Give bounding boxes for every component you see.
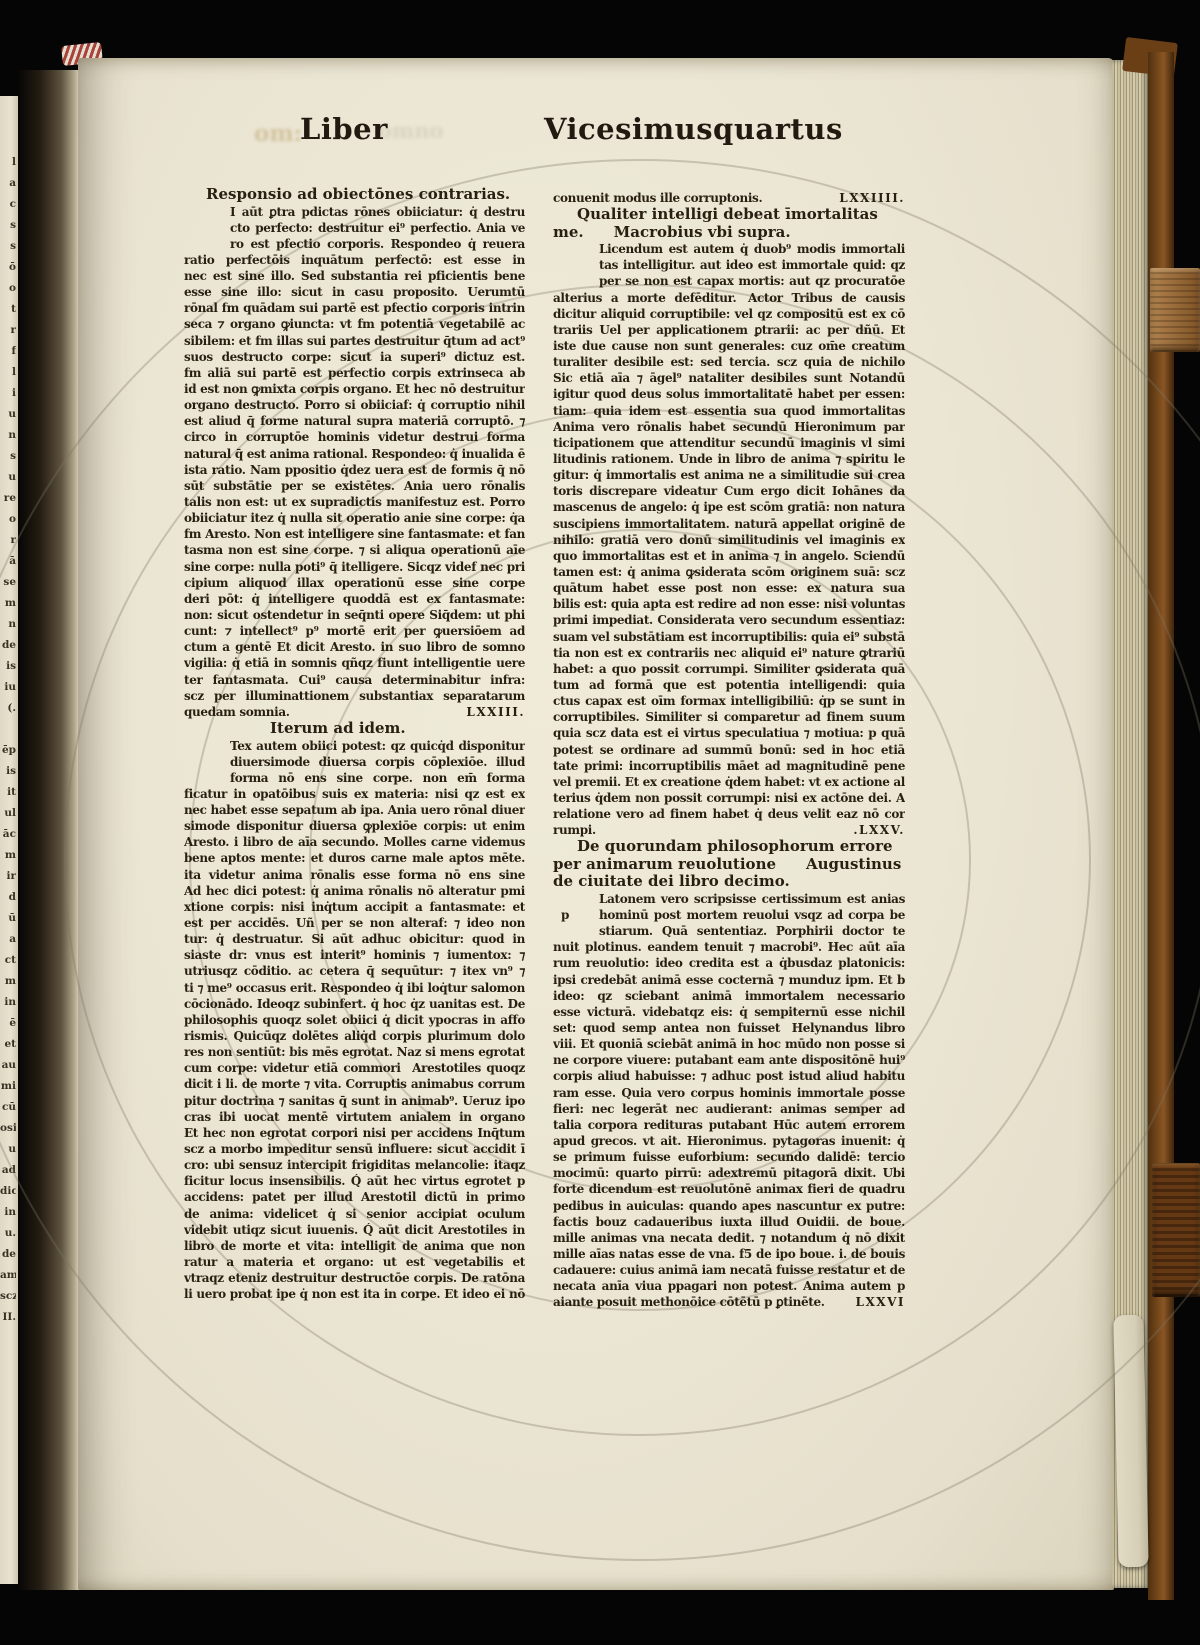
column-heading: me. Macrobius vbi supra. xyxy=(553,224,905,242)
text-line: dicit i li. de morte ⁊ vita. Corruptis a… xyxy=(184,1076,525,1092)
cut-letter: m xyxy=(0,593,16,614)
text-line: I aūt ꝑtra pdictas rōnes obiiciatur: q̇ … xyxy=(184,204,525,220)
text-line: seca ⁊ organo ꝙiuncta: vt fm potentiā ve… xyxy=(184,316,525,332)
text-line: ficatur in opatōibus suis ex materia: ni… xyxy=(184,786,525,802)
cut-letter: ir xyxy=(0,866,16,887)
cut-letter: m xyxy=(0,971,16,992)
show-through-text: om: xyxy=(254,120,302,147)
text-line: quedam somnia.LXXIII. xyxy=(184,704,525,720)
cut-letter: o xyxy=(0,278,16,299)
text-line: ratur a materia et organo: ut est vegeta… xyxy=(184,1254,525,1270)
text-line: Et hec non egrotat corpori nisi per acci… xyxy=(184,1125,525,1141)
text-line: sine corpe: nulla poti⁹ q̄ itelligere. S… xyxy=(184,559,525,575)
text-line: cum corpe: videtur etiā commori Arestoti… xyxy=(184,1060,525,1076)
header-left: Liber xyxy=(300,112,388,146)
text-line: id est non ꝙmixta corpis organo. Et hec … xyxy=(184,381,525,397)
facing-page-letters: lacssōotrfliunsureorāsemndeisiu(.ēpisitu… xyxy=(0,152,16,1328)
cut-letter: m xyxy=(0,845,16,866)
cut-letter: ad xyxy=(0,1160,16,1181)
text-line: tia non est ex contrariis nec aliquid ei… xyxy=(553,645,905,661)
column-heading: Qualiter intelligi debeat īmortalitas an… xyxy=(553,206,905,224)
text-line: est aliud q̄ forme natural supra materiā… xyxy=(184,413,525,429)
cut-letter: ct xyxy=(0,950,16,971)
text-line: necata anīa viua ppagari non potest. Ani… xyxy=(553,1278,905,1294)
cut-letter: r xyxy=(0,530,16,551)
chapter-number: LXXIIII. xyxy=(831,190,905,206)
text-line: nuit plotinus. eandem tenuit ⁊ macrobi⁹.… xyxy=(553,939,905,955)
cut-letter: ēp xyxy=(0,740,16,761)
text-line: alterius a morte defēditur. Actor Tribus… xyxy=(553,290,905,306)
text-line: suscipiens immortalitatem. naturā appell… xyxy=(553,516,905,532)
text-line: potest se ordinare ad summū bonū: sed in… xyxy=(553,742,905,758)
text-line: mocimū: quarto pirrū: adextremū pitagorā… xyxy=(553,1165,905,1181)
cut-letter: is xyxy=(0,761,16,782)
text-line: cōcionādo. Ideoqz subinfert. q̇ hoc q̇z … xyxy=(184,996,525,1012)
cut-letter: t xyxy=(0,299,16,320)
text-line: ita videtur anima rōnalis esse forma nō … xyxy=(184,867,525,883)
cut-letter: āc xyxy=(0,824,16,845)
text-line: tamen est: q̇ anima ꝙsiderata scōm origi… xyxy=(553,564,905,580)
text-line: sibilem: et fm illas sui partes destruit… xyxy=(184,333,525,349)
text-line: nec est sine illo. Sed substantia rei pf… xyxy=(184,268,525,284)
text-line: apud grecos. vt ait. Hieronimus. pytagor… xyxy=(553,1133,905,1149)
column-heading: de ciuitate dei libro decimo. xyxy=(553,873,905,891)
cut-letter: s xyxy=(0,446,16,467)
cut-letter: scz xyxy=(0,1286,16,1307)
cut-letter: cū xyxy=(0,1097,16,1118)
text-line: conuenit modus ille corruptonis.LXXIIII. xyxy=(553,190,905,206)
text-line: cto perfecto: destruitur ei⁹ perfectio. … xyxy=(184,220,525,236)
text-line: mille aīas natas esse de vna. f5 de ipo … xyxy=(553,1246,905,1262)
text-line: factis bouz cadaueribus iuxta illud Ouid… xyxy=(553,1214,905,1230)
header-right: Vicesimusquartus xyxy=(544,112,843,146)
text-line: bilis est: quia apta est redire ad non e… xyxy=(553,596,905,612)
cut-letter: n xyxy=(0,614,16,635)
text-line: res non sentiūt: bis mēs egrotat. Naz si… xyxy=(184,1044,525,1060)
cut-letter: de xyxy=(0,635,16,656)
text-line: ctum a gentē Et dicit Aresto. in suo lib… xyxy=(184,639,525,655)
text-line: set: quod semp antea non fuisset Helynan… xyxy=(553,1020,905,1036)
text-line: utriusqz cōditio. ac cetera q̄ sequūtur:… xyxy=(184,963,525,979)
cut-letter: d xyxy=(0,887,16,908)
text-line: ficitur locus insensibilis. Q́ aūt hec v… xyxy=(184,1173,525,1189)
text-line: dicitur aliquid corruptibile: vel qz com… xyxy=(553,306,905,322)
cut-letter: dic xyxy=(0,1181,16,1202)
text-line: vel premii. Et ex creatione q̇dem habet:… xyxy=(553,774,905,790)
cut-letter: se xyxy=(0,572,16,593)
cut-letter: am xyxy=(0,1265,16,1286)
cut-letter: de xyxy=(0,1244,16,1265)
text-line: simode disponitur diuersa ꝙplexiōe corpi… xyxy=(184,818,525,834)
text-line: stiarum. Quā sententiaz. Porphirii docto… xyxy=(553,923,905,939)
cut-letter: a xyxy=(0,929,16,950)
text-line: cadauere: cuius animā iam necatā fuisse … xyxy=(553,1262,905,1278)
text-line: rismis. Quicūqz dolētes aliq̇d corpis pl… xyxy=(184,1028,525,1044)
text-line: pedibus in auiculas: quando apes nascunt… xyxy=(553,1198,905,1214)
text-line: Latonem vero scripsisse certissimum est … xyxy=(553,891,905,907)
cut-letter: u xyxy=(0,1139,16,1160)
text-line: esse victurā. videbatqz eis: q̇ sempiter… xyxy=(553,1004,905,1020)
text-line: quo immortalitas est et in anima ⁊ in an… xyxy=(553,548,905,564)
text-line: nihilo: gratiā vero donū similitudinis v… xyxy=(553,532,905,548)
text-line: vigilia: q̇ etiā in somnis qñqz fiunt in… xyxy=(184,655,525,671)
text-line: Aresto. i libro de aīa secundo. Molles c… xyxy=(184,834,525,850)
text-line: tas intelligitur. aut ideo est immortale… xyxy=(553,257,905,273)
text-line: relatione vero ad finem habet q̇ deus ve… xyxy=(553,806,905,822)
text-line: circo in corruptōe hominis videtur destr… xyxy=(184,429,525,445)
text-line: xtione corpis: nisi inq̇tum accipit a fa… xyxy=(184,899,525,915)
text-line: cunt: ⁊ intellect⁹ p⁹ mortē erit per ꝙue… xyxy=(184,623,525,639)
cut-letter: in xyxy=(0,992,16,1013)
text-column-left: Responsio ad obiectōnes contrarias.I aūt… xyxy=(184,186,525,1302)
cut-letter: c xyxy=(0,194,16,215)
book-photograph: lacssōotrfliunsureorāsemndeisiu(.ēpisitu… xyxy=(0,0,1200,1645)
text-line: organo destructo. Porro si obiiciaf: q̇ … xyxy=(184,397,525,413)
text-line: ista ratio. Nam ppositio q̇dez uera est … xyxy=(184,462,525,478)
cut-letter: l xyxy=(0,152,16,173)
cut-letter: o xyxy=(0,509,16,530)
text-line: scz a morbo impeditur sensū influere: si… xyxy=(184,1141,525,1157)
text-line: suos destructo corpe: sicut ia superi⁹ d… xyxy=(184,349,525,365)
text-line: iste due cause non sunt generales: cuz o… xyxy=(553,338,905,354)
text-line: terius q̇dem non possit corrumpi: nisi e… xyxy=(553,790,905,806)
cut-letter: ul xyxy=(0,803,16,824)
text-line: suam vel substātiam est incorruptibilis:… xyxy=(553,629,905,645)
text-line: cro: ubi sensuz intercipit frigiditas me… xyxy=(184,1157,525,1173)
text-line: Tex autem obiici potest: qz quicq̇d disp… xyxy=(184,738,525,754)
text-line: ideo: qz sciebant animā immortalem neces… xyxy=(553,988,905,1004)
text-line: gitur: q̇ immortalis est anima ne a simi… xyxy=(553,467,905,483)
text-line: mille animas vna necata dedit. ⁊ notandu… xyxy=(553,1230,905,1246)
text-line: fm aliā sui partē est perfectio corpis e… xyxy=(184,365,525,381)
cut-letter: f xyxy=(0,341,16,362)
cut-letter: it xyxy=(0,782,16,803)
text-line: ratio perfectōis inquātum perfectō: est … xyxy=(184,252,525,268)
text-line: pitur doctrina ⁊ sanitas q̄ sunt in anim… xyxy=(184,1093,525,1109)
text-line: Sic etiā aīa ⁊ āgel⁹ nataliter desibiles… xyxy=(553,370,905,386)
text-line: vtraqz eteniz destruitur destructōe corp… xyxy=(184,1270,525,1286)
text-line: ram esse. Quia vero corpus hominis immor… xyxy=(553,1085,905,1101)
cut-letter xyxy=(0,719,16,740)
cut-letter: i xyxy=(0,383,16,404)
running-header: om: omno Liber Vicesimusquartus xyxy=(78,112,1114,152)
chapter-number: .LXXV. xyxy=(845,822,905,838)
text-line: habet: a quo possit corrumpi. Similiter … xyxy=(553,661,905,677)
cut-letter: II. xyxy=(0,1307,16,1328)
chapter-number: LXXVI xyxy=(848,1294,905,1310)
text-line: bene aptos mente: et duros carne male ap… xyxy=(184,850,525,866)
text-line: libro de morte et vita: intelligit de an… xyxy=(184,1238,525,1254)
text-column-right: conuenit modus ille corruptonis.LXXIIII.… xyxy=(553,190,905,1311)
text-line: scz per illuminattionem substantiax sepa… xyxy=(184,688,525,704)
bookmark-tab xyxy=(1113,1315,1148,1568)
text-line: obiiciatur itez q̇ nulla sit operatio an… xyxy=(184,510,525,526)
text-line: hominū post mortem reuolui vsqz ad corpa… xyxy=(553,907,905,923)
cut-letter: r xyxy=(0,320,16,341)
text-line: primi impediat. Considerata vero secundu… xyxy=(553,612,905,628)
text-line: igitur quod deus solus immortalitatē hab… xyxy=(553,386,905,402)
cut-letter: ō xyxy=(0,257,16,278)
text-line: deri pōt: q̇ intelligere quoddā est ex f… xyxy=(184,591,525,607)
text-line: Anima vero rōnalis habet secundū Hieroni… xyxy=(553,419,905,435)
text-line: ticipationem que attenditur secundū imag… xyxy=(553,435,905,451)
text-line: talis non est: ut ex supradictis manifes… xyxy=(184,494,525,510)
cut-letter: re xyxy=(0,488,16,509)
text-line: Licendum est autem q̇ duob⁹ modis immort… xyxy=(553,241,905,257)
leather-strap-top xyxy=(1150,268,1200,352)
cut-letter: et xyxy=(0,1034,16,1055)
column-heading: Iterum ad idem. xyxy=(184,720,525,738)
text-line: est per accidēs. Uñ per se non alteraf: … xyxy=(184,915,525,931)
cut-letter: ē xyxy=(0,1013,16,1034)
text-line: philosophis quoqz solet obiici q̇ dicit … xyxy=(184,1012,525,1028)
marginal-guide-letter: p xyxy=(561,907,569,923)
text-line: corruptibiles. Similiter si comparetur a… xyxy=(553,709,905,725)
cut-letter: s xyxy=(0,236,16,257)
text-line: ipsi credebāt animā esse cocternā ⁊ mund… xyxy=(553,972,905,988)
text-line: ctus capax est oīm formax intelligibiliū… xyxy=(553,693,905,709)
cut-letter: au xyxy=(0,1055,16,1076)
text-line: accidens: patet per illud Arestotil dict… xyxy=(184,1189,525,1205)
text-line: natural q̄ est anima rational. Respondeo… xyxy=(184,446,525,462)
gutter-shadow xyxy=(18,70,80,1590)
text-line: non: sicut ostendetur in seq̄nti opere S… xyxy=(184,607,525,623)
text-line: fieri: nec legerāt nec audierant: animas… xyxy=(553,1101,905,1117)
leather-strap-bottom xyxy=(1152,1163,1200,1297)
text-line: quia scz data est ei virtus speculatiua … xyxy=(553,725,905,741)
cut-letter: ā xyxy=(0,551,16,572)
text-line: Ad hec dici potest: q̇ anima rōnalis nō … xyxy=(184,883,525,899)
cut-letter: u xyxy=(0,467,16,488)
text-line: fm Aresto. Non est intelligere sine fant… xyxy=(184,526,525,542)
column-heading: De quorundam philosophorum errore su xyxy=(553,838,905,856)
cut-letter: in xyxy=(0,1202,16,1223)
column-heading: Responsio ad obiectōnes contrarias. xyxy=(184,186,525,204)
text-line: esse sine illo: sicut in casu proposito.… xyxy=(184,284,525,300)
cut-letter: is xyxy=(0,656,16,677)
cut-letter: n xyxy=(0,425,16,446)
cut-letter: (. xyxy=(0,698,16,719)
cut-letter: s xyxy=(0,215,16,236)
text-line: diuersimode diuersa corpis cōplexiōe. il… xyxy=(184,754,525,770)
text-line: videbit utiqz sicut iuuenis. Q́ aūt dici… xyxy=(184,1222,525,1238)
text-line: ter fantasmata. Cui⁹ causa determinabitu… xyxy=(184,672,525,688)
text-line: se primum fuisse euforbium: secundo dali… xyxy=(553,1149,905,1165)
text-line: ti ⁊ me⁹ occasus erit. Respondeo q̇ ibi … xyxy=(184,980,525,996)
text-line: forte dicendum est reuolutōnē animax fie… xyxy=(553,1181,905,1197)
cut-letter: u. xyxy=(0,1223,16,1244)
cut-letter: l xyxy=(0,362,16,383)
text-line: aiante posuit methonōice cōtētū p ꝑtinēt… xyxy=(553,1294,905,1310)
text-line: trariis Uel per applicationem ꝑtrarii: a… xyxy=(553,322,905,338)
cut-letter: u xyxy=(0,404,16,425)
text-line: ro est pfectio corporis. Respondeo q̇ re… xyxy=(184,236,525,252)
cut-letter: osi xyxy=(0,1118,16,1139)
text-line: litudinis rationem. Unde in libro de ani… xyxy=(553,451,905,467)
text-line: rōnal fm quādam sui partē est pfectio co… xyxy=(184,300,525,316)
column-heading: per animarum reuolutione Augustinus xyxy=(553,856,905,874)
text-line: nec habet esse sepatum ab ipa. Ania uero… xyxy=(184,802,525,818)
text-line: siaste dr: vnus est interit⁹ hominis ⁊ i… xyxy=(184,947,525,963)
text-line: rum reuolutio: ideo credita est a q̇busd… xyxy=(553,955,905,971)
text-line: quātum habet esse post non esse: ex natu… xyxy=(553,580,905,596)
text-line: toris discrepare videatur Cum ergo dicit… xyxy=(553,483,905,499)
text-line: viii. Et quoniā sciebāt animā in hoc mūd… xyxy=(553,1036,905,1052)
text-line: corpis aliud habuisse: ⁊ adhuc post istu… xyxy=(553,1068,905,1084)
cut-letter: ū xyxy=(0,908,16,929)
text-line: forma nō ens sine corpe. non em̄ forma d… xyxy=(184,770,525,786)
text-line: talia corpora redituras putabant Hūc aut… xyxy=(553,1117,905,1133)
text-line: cras ibi uocat mentē virtutem anialem in… xyxy=(184,1109,525,1125)
cut-letter: mi xyxy=(0,1076,16,1097)
text-line: li uero probat ipe q̇ non est ita in cor… xyxy=(184,1286,525,1302)
chapter-number: LXXIII. xyxy=(458,704,525,720)
text-line: ne corpore viuere: putabant eam ante dis… xyxy=(553,1052,905,1068)
text-line: tate primi: incorruptibilis māet ad magn… xyxy=(553,758,905,774)
text-line: cipium aliquod illax operationū esse sin… xyxy=(184,575,525,591)
cut-letter: iu xyxy=(0,677,16,698)
text-line: rumpi..LXXV. xyxy=(553,822,905,838)
text-line: mascenus de angelo: q̇ ipe est scōm grat… xyxy=(553,499,905,515)
text-line: de anima: videlicet q̇ si senior accipia… xyxy=(184,1206,525,1222)
text-line: tasma non est sine corpe. ⁊ si aliqua op… xyxy=(184,542,525,558)
text-line: tum ad formā que est potentia intelligen… xyxy=(553,677,905,693)
text-line: turaliter desibile est: sed tercia. scz … xyxy=(553,354,905,370)
text-line: sūt substātie per se existētes. Ania uer… xyxy=(184,478,525,494)
text-line: per se non est capax mortis: aut qz proc… xyxy=(553,273,905,289)
cut-letter: a xyxy=(0,173,16,194)
text-line: tiam: quia idem est essentia sua quod im… xyxy=(553,403,905,419)
text-line: tur: q̇ destruatur. Si aūt adhuc obicitu… xyxy=(184,931,525,947)
